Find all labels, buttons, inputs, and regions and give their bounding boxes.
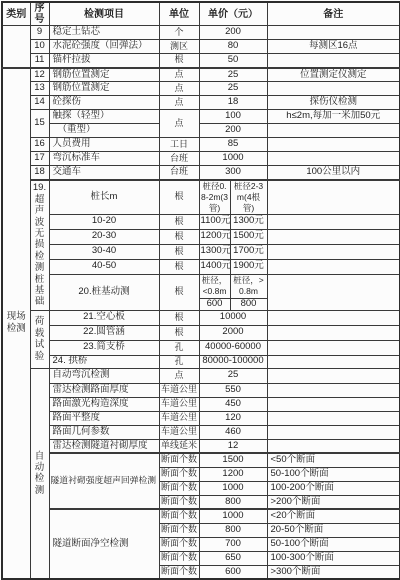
cell-unit: 车道公里	[159, 397, 199, 411]
cell-note: 每测区16点	[267, 40, 400, 54]
cell-item: 隧道衬砌强度超声回弹检测	[49, 453, 159, 509]
cell-note	[267, 138, 400, 152]
cell-item: 人员费用	[49, 138, 159, 152]
cell-note	[267, 124, 400, 138]
table-row: 30-40 根 1300元 1700元	[2, 244, 400, 259]
cell-price: 800	[199, 495, 267, 509]
table-row: 路面激光构造深度 车道公里 450	[2, 397, 400, 411]
cell-price: 1200	[199, 467, 267, 481]
cell-note	[267, 397, 400, 411]
cell-price: 80000-100000	[199, 355, 267, 368]
cell-unit: 台班	[159, 152, 199, 166]
group-label-pile-ultrasonic: 19. 超声波无损检测桩基础	[30, 180, 49, 311]
cell-unit: 测区	[159, 40, 199, 54]
table-row: 14 砼探伤 点 18 探伤仪检测	[2, 96, 400, 110]
cell-note: 50-100个断面	[267, 537, 400, 551]
cell-note: 50-100个断面	[267, 467, 400, 481]
cell-price: 25	[199, 368, 267, 383]
header-note: 备注	[267, 2, 400, 26]
cell-note	[267, 180, 400, 215]
group-label-load-test: 荷载试验	[30, 310, 49, 368]
cell-price-b: 1300元	[230, 214, 267, 229]
cell-note	[267, 54, 400, 68]
cell-unit: 根	[159, 274, 199, 310]
cell-unit: 点	[159, 82, 199, 96]
cell-note	[267, 214, 400, 229]
table-row: 15 触探（轻型） 点 100 h≤2m,每加一米加50元	[2, 110, 400, 124]
table-row: 雷达检测隧道衬砌厚度 单线延米 12	[2, 439, 400, 453]
table-row: 荷载试验 21.空心板 根 10000	[2, 310, 400, 325]
cell-category-empty	[2, 26, 30, 68]
cell-price: 120	[199, 411, 267, 425]
cell-note: h≤2m,每加一米加50元	[267, 110, 400, 124]
cell-unit: 断面个数	[159, 537, 199, 551]
cell-note	[267, 439, 400, 453]
cell-item: 弯沉标准车	[49, 152, 159, 166]
cell-price: 200	[199, 26, 267, 40]
header-category: 类别	[2, 2, 30, 26]
cell-note: <50个断面	[267, 453, 400, 467]
cell-price-a: 1300元	[199, 244, 230, 259]
cell-item: 触探（轻型）	[49, 110, 159, 124]
cell-price: 25	[199, 82, 267, 96]
cell-unit: 单线延米	[159, 439, 199, 453]
cell-price-a: 1200元	[199, 229, 230, 244]
cell-price: 1500	[199, 453, 267, 467]
table-row: 22.圆管涵 根 2000	[2, 325, 400, 340]
table-row: 17 弯沉标准车 台班 1000	[2, 152, 400, 166]
cell-price: 600	[199, 565, 267, 579]
cell-note	[267, 368, 400, 383]
category-site-inspection: 现场检测	[2, 68, 30, 580]
table-header-row: 类别 序号 检测项目 单位 单价（元） 备注	[2, 2, 400, 26]
table-row: 40-50 根 1400元 1900元	[2, 259, 400, 274]
cell-price-b: 800	[230, 298, 267, 310]
cell-note: 100-200个断面	[267, 481, 400, 495]
cell-price: 300	[199, 166, 267, 180]
table-row: （重型） 200	[2, 124, 400, 138]
cell-unit: 根	[159, 54, 199, 68]
table-row: 11 锚杆拉拔 根 50	[2, 54, 400, 68]
cell-price: 10000	[199, 310, 267, 325]
cell-seq: 13	[30, 82, 49, 96]
cell-price: 700	[199, 537, 267, 551]
cell-item: 30-40	[49, 244, 159, 259]
table-row: 路面几何参数 车道公里 460	[2, 425, 400, 439]
cell-unit: 根	[159, 180, 199, 215]
cell-unit: 点	[159, 368, 199, 383]
cell-item: 路面几何参数	[49, 425, 159, 439]
cell-note	[267, 152, 400, 166]
cell-note: >300个断面	[267, 565, 400, 579]
cell-item: 雷达检测路面厚度	[49, 383, 159, 397]
cell-price: 450	[199, 397, 267, 411]
cell-price: 550	[199, 383, 267, 397]
cell-item: 钢筋位置测定	[49, 68, 159, 82]
cell-note	[267, 355, 400, 368]
cell-note: 位置测定仪测定	[267, 68, 400, 82]
scanned-document-page: 类别 序号 检测项目 单位 单价（元） 备注 9 稳定土钻芯 个 200 10 …	[0, 0, 400, 578]
cell-item: 40-50	[49, 259, 159, 274]
cell-price-b: 1700元	[230, 244, 267, 259]
table-row: 路面平整度 车道公里 120	[2, 411, 400, 425]
cell-unit: 根	[159, 244, 199, 259]
cell-unit: 点	[159, 68, 199, 82]
table-row: 雷达检测路面厚度 车道公里 550	[2, 383, 400, 397]
cell-item: 24. 拱桥	[49, 355, 159, 368]
cell-price-a: 1400元	[199, 259, 230, 274]
cell-seq: 16	[30, 138, 49, 152]
cell-price-b: 1900元	[230, 259, 267, 274]
cell-seq: 10	[30, 40, 49, 54]
cell-seq: 18	[30, 166, 49, 180]
table-row: 隧道断面净空检测 断面个数 1000 <20个断面	[2, 509, 400, 523]
cell-unit: 断面个数	[159, 551, 199, 565]
cell-note	[267, 325, 400, 340]
cell-unit: 工日	[159, 138, 199, 152]
cell-price: 12	[199, 439, 267, 453]
cell-price-a: 1100元	[199, 214, 230, 229]
cell-note	[267, 411, 400, 425]
cell-unit: 断面个数	[159, 481, 199, 495]
cell-unit: 根	[159, 214, 199, 229]
header-seq: 序号	[30, 2, 49, 26]
cell-item: 路面平整度	[49, 411, 159, 425]
cell-unit: 车道公里	[159, 383, 199, 397]
cell-price: 1000	[199, 152, 267, 166]
cell-note	[267, 274, 400, 310]
cell-unit: 根	[159, 325, 199, 340]
cell-note	[267, 259, 400, 274]
cell-note	[267, 383, 400, 397]
cell-unit: 断面个数	[159, 495, 199, 509]
cell-note	[267, 82, 400, 96]
cell-unit: 点	[159, 110, 199, 138]
cell-item: 10-20	[49, 214, 159, 229]
header-item: 检测项目	[49, 2, 159, 26]
cell-note: >200个断面	[267, 495, 400, 509]
table-row: 18 交通车 台班 300 100公里以内	[2, 166, 400, 180]
cell-item: 锚杆拉拔	[49, 54, 159, 68]
table-row: 自动检测 自动弯沉检测 点 25	[2, 368, 400, 383]
cell-unit: 断面个数	[159, 509, 199, 523]
cell-price: 100	[199, 110, 267, 124]
cell-unit: 断面个数	[159, 467, 199, 481]
table-row: 20.桩基动测 根 桩径，<0.8m 桩径，>0.8m	[2, 274, 400, 298]
cell-unit: 个	[159, 26, 199, 40]
cell-item: 桩长m	[49, 180, 159, 215]
cell-price-b: 桩径2-3m(4根管)	[230, 180, 267, 215]
table-row: 10 水泥砼强度（回弹法） 测区 80 每测区16点	[2, 40, 400, 54]
cell-item: 路面激光构造深度	[49, 397, 159, 411]
cell-price: 800	[199, 523, 267, 537]
cell-unit: 断面个数	[159, 523, 199, 537]
cell-note: <20个断面	[267, 509, 400, 523]
cell-price: 40000-60000	[199, 340, 267, 355]
cell-note: 100公里以内	[267, 166, 400, 180]
cell-unit: 根	[159, 259, 199, 274]
cell-price: 650	[199, 551, 267, 565]
cell-note: 20-50个断面	[267, 523, 400, 537]
cell-price-a: 桩径，<0.8m	[199, 274, 230, 298]
cell-unit: 台班	[159, 166, 199, 180]
group-label-auto-detect: 自动检测	[30, 368, 49, 579]
cell-note	[267, 244, 400, 259]
cell-item: 交通车	[49, 166, 159, 180]
cell-price: 1000	[199, 481, 267, 495]
cell-note	[267, 340, 400, 355]
cell-unit: 点	[159, 96, 199, 110]
table-row: 9 稳定土钻芯 个 200	[2, 26, 400, 40]
cell-price: 1000	[199, 509, 267, 523]
table-row: 20-30 根 1200元 1500元	[2, 229, 400, 244]
table-row: 24. 拱桥 孔 80000-100000	[2, 355, 400, 368]
table-row: 13 钢筋位置测定 点 25	[2, 82, 400, 96]
cell-note	[267, 425, 400, 439]
cell-item: 20.桩基动测	[49, 274, 159, 310]
cell-item: 自动弯沉检测	[49, 368, 159, 383]
cell-price: 200	[199, 124, 267, 138]
cell-item: 20-30	[49, 229, 159, 244]
table-row: 23.简支桥 孔 40000-60000	[2, 340, 400, 355]
cell-unit: 断面个数	[159, 453, 199, 467]
cell-note	[267, 310, 400, 325]
cell-item: 砼探伤	[49, 96, 159, 110]
cell-item: （重型）	[49, 124, 159, 138]
cell-unit: 车道公里	[159, 411, 199, 425]
cell-price: 25	[199, 68, 267, 82]
header-price: 单价（元）	[199, 2, 267, 26]
table-row: 19. 超声波无损检测桩基础 桩长m 根 桩径0.8-2m(3管) 桩径2-3m…	[2, 180, 400, 215]
cell-unit: 车道公里	[159, 425, 199, 439]
cell-unit: 根	[159, 229, 199, 244]
table-row: 现场检测 12 钢筋位置测定 点 25 位置测定仪测定	[2, 68, 400, 82]
header-unit: 单位	[159, 2, 199, 26]
cell-item: 雷达检测隧道衬砌厚度	[49, 439, 159, 453]
cell-price-b: 桩径，>0.8m	[230, 274, 267, 298]
cell-seq: 11	[30, 54, 49, 68]
cell-item: 23.简支桥	[49, 340, 159, 355]
table-row: 10-20 根 1100元 1300元	[2, 214, 400, 229]
cell-unit: 根	[159, 310, 199, 325]
table-row: 16 人员费用 工日 85	[2, 138, 400, 152]
cell-price-a: 600	[199, 298, 230, 310]
cell-price: 50	[199, 54, 267, 68]
cell-price: 18	[199, 96, 267, 110]
cell-note	[267, 26, 400, 40]
cell-price-b: 1500元	[230, 229, 267, 244]
cell-item: 稳定土钻芯	[49, 26, 159, 40]
cell-unit: 孔	[159, 340, 199, 355]
cell-item: 钢筋位置测定	[49, 82, 159, 96]
cell-note: 探伤仪检测	[267, 96, 400, 110]
cell-note: 100-300个断面	[267, 551, 400, 565]
cell-item: 隧道断面净空检测	[49, 509, 159, 579]
cell-price-a: 桩径0.8-2m(3管)	[199, 180, 230, 215]
cell-note	[267, 229, 400, 244]
table-row: 隧道衬砌强度超声回弹检测 断面个数 1500 <50个断面	[2, 453, 400, 467]
cell-price: 85	[199, 138, 267, 152]
cell-item: 22.圆管涵	[49, 325, 159, 340]
cell-unit: 孔	[159, 355, 199, 368]
cell-price: 80	[199, 40, 267, 54]
cell-seq: 9	[30, 26, 49, 40]
cell-seq: 17	[30, 152, 49, 166]
inspection-fee-table: 类别 序号 检测项目 单位 单价（元） 备注 9 稳定土钻芯 个 200 10 …	[1, 1, 400, 580]
cell-seq: 14	[30, 96, 49, 110]
cell-seq: 15	[30, 110, 49, 138]
cell-item: 水泥砼强度（回弹法）	[49, 40, 159, 54]
cell-unit: 断面个数	[159, 565, 199, 579]
cell-price: 2000	[199, 325, 267, 340]
cell-item: 21.空心板	[49, 310, 159, 325]
cell-price: 460	[199, 425, 267, 439]
cell-seq: 12	[30, 68, 49, 82]
